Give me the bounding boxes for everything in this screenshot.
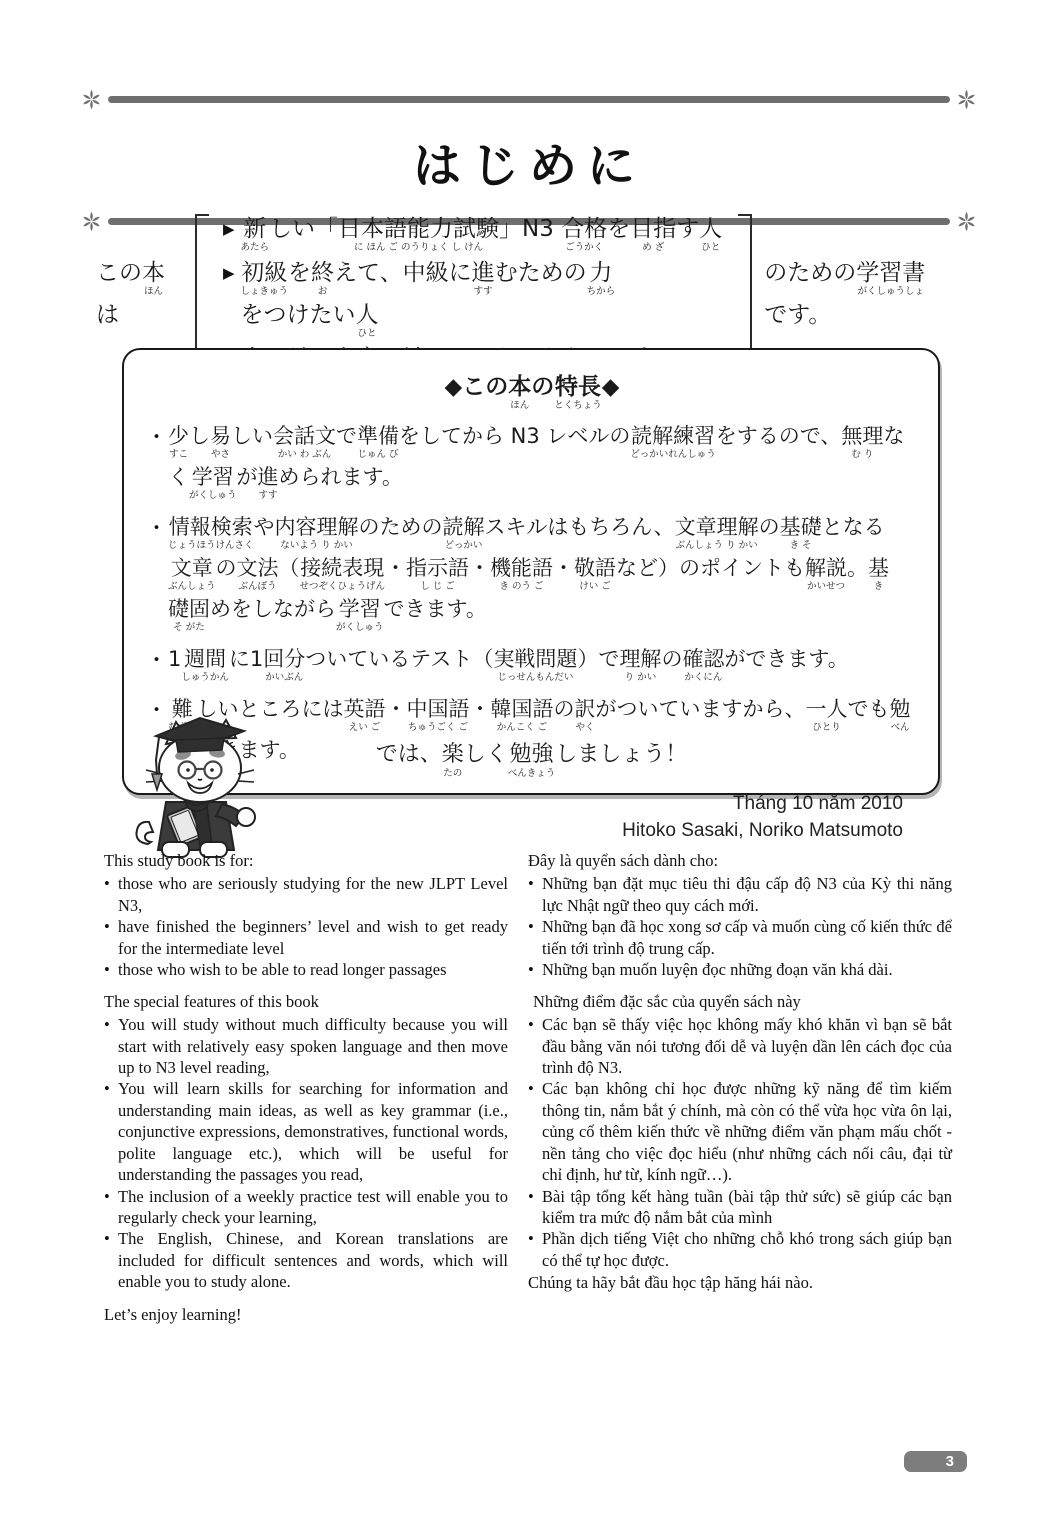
english-intro-heading: This study book is for: — [104, 850, 508, 871]
list-item: • Các bạn không chỉ học được những kỹ nă… — [528, 1078, 952, 1185]
features-title-text: ◆この本ほんの特長とくちょう◆ — [445, 374, 620, 416]
feature-bullet: ・ 情報検索じょうほうけんさくや内容理解ないよう り かいのための読解どっかいス… — [146, 515, 918, 638]
feature-bullet-text: 少すこし易やさしい会話文かい わ ぶんで準備じゅん びをしてから N3 レベルの… — [168, 424, 904, 506]
english-features-heading: The special features of this book — [104, 991, 508, 1012]
middle-dot-marker: ・ — [146, 515, 168, 541]
bullet-dot: • — [104, 1078, 118, 1185]
triangle-marker-icon: ▶ — [223, 216, 241, 242]
header-rule — [108, 96, 950, 103]
bullet-dot: • — [528, 1186, 542, 1229]
flower-asterisk-icon — [80, 88, 103, 111]
translation-columns: This study book is for: • those who are … — [104, 850, 952, 1325]
list-item: • have finished the beginners’ level and… — [104, 916, 508, 959]
list-item-text: Những bạn muốn luyện đọc những đoạn văn … — [542, 959, 952, 980]
features-box-title: ◆この本ほんの特長とくちょう◆ — [146, 364, 918, 416]
list-item: • Những bạn đặt mục tiêu thi đậu cấp độ … — [528, 873, 952, 916]
list-item-text: The English, Chinese, and Korean transla… — [118, 1228, 508, 1292]
list-item-text: You will learn skills for searching for … — [118, 1078, 508, 1185]
list-item: • The English, Chinese, and Korean trans… — [104, 1228, 508, 1292]
vietnamese-column: Đây là quyển sách dành cho: • Những bạn … — [528, 850, 952, 1325]
intro-suffix: のための学習書がくしゅうしょです。 — [764, 260, 980, 344]
header-ornament-line-top — [80, 88, 978, 111]
list-item: • those who wish to be able to read long… — [104, 959, 508, 980]
vietnamese-intro-bullets: • Những bạn đặt mục tiêu thi đậu cấp độ … — [528, 873, 952, 980]
target-reader-item: ▶ 初級しょきゅうを終おえて、中級に進すすむための力ちからをつけたい人ひと — [223, 260, 724, 344]
target-reader-text: 初級しょきゅうを終おえて、中級に進すすむための力ちからをつけたい人ひと — [241, 260, 725, 344]
english-features-bullets: • You will study without much difficulty… — [104, 1014, 508, 1293]
target-reader-item: ▶ 新あたらしい「日本語能力試験」に ほん ご のうりょく し けんN3 合格ご… — [223, 216, 724, 258]
feature-bullet-text: 情報検索じょうほうけんさくや内容理解ないよう り かいのための読解どっかいスキル… — [168, 515, 889, 638]
authors: Hitoko Sasaki, Noriko Matsumoto — [622, 817, 903, 844]
middle-dot-marker: ・ — [146, 647, 168, 673]
bullet-dot: • — [528, 1078, 542, 1185]
publication-date: Tháng 10 năm 2010 — [622, 790, 903, 817]
english-column: This study book is for: • those who are … — [104, 850, 508, 1325]
bullet-dot: • — [104, 1228, 118, 1292]
bullet-dot: • — [104, 959, 118, 980]
page-number-badge: 3 — [904, 1451, 967, 1472]
bullet-dot: • — [528, 873, 542, 916]
list-item: • Phần dịch tiếng Việt cho những chỗ khó… — [528, 1228, 952, 1271]
bullet-dot: • — [528, 1014, 542, 1078]
bullet-dot: • — [528, 916, 542, 959]
list-item: • Những bạn muốn luyện đọc những đoạn vă… — [528, 959, 952, 980]
list-item-text: Những bạn đã học xong sơ cấp và muốn cùn… — [542, 916, 952, 959]
bullet-dot: • — [528, 959, 542, 980]
closing-text: では、楽たのしく勉強べんきょうしましょう！ — [376, 742, 688, 784]
feature-bullet: ・ 1週間しゅうかんに1回分かいぶんついているテスト（実戦問題じっせんもんだい）… — [146, 647, 918, 688]
middle-dot-marker: ・ — [146, 424, 168, 450]
list-item: • Những bạn đã học xong sơ cấp và muốn c… — [528, 916, 952, 959]
english-closing: Let’s enjoy learning! — [104, 1304, 508, 1325]
list-item-text: those who wish to be able to read longer… — [118, 959, 508, 980]
list-item-text: You will study without much difficulty b… — [118, 1014, 508, 1078]
vietnamese-features-bullets: • Các bạn sẽ thấy việc học không mấy khó… — [528, 1014, 952, 1271]
triangle-marker-icon: ▶ — [223, 260, 241, 286]
bullet-dot: • — [528, 1228, 542, 1271]
bullet-dot: • — [104, 916, 118, 959]
list-item-text: Các bạn không chỉ học được những kỹ năng… — [542, 1078, 952, 1185]
list-item-text: Phần dịch tiếng Việt cho những chỗ khó t… — [542, 1228, 952, 1271]
vietnamese-features-heading: Những điểm đặc sắc của quyển sách này — [528, 991, 952, 1012]
list-item-text: those who are seriously studying for the… — [118, 873, 508, 916]
list-item-text: The inclusion of a weekly practice test … — [118, 1186, 508, 1229]
page-title: はじめに — [80, 111, 978, 210]
list-item: • The inclusion of a weekly practice tes… — [104, 1186, 508, 1229]
list-item-text: Bài tập tổng kết hàng tuần (bài tập thử … — [542, 1186, 952, 1229]
vietnamese-closing: Chúng ta hãy bắt đầu học tập hăng hái nà… — [528, 1272, 952, 1293]
bullet-dot: • — [104, 873, 118, 916]
bullet-dot: • — [104, 1014, 118, 1078]
list-item: • You will learn skills for searching fo… — [104, 1078, 508, 1185]
feature-bullet-text: 1週間しゅうかんに1回分かいぶんついているテスト（実戦問題じっせんもんだい）で理… — [168, 647, 849, 688]
list-item-text: have finished the beginners’ level and w… — [118, 916, 508, 959]
intro-prefix: この本ほんは — [96, 260, 183, 344]
colophon: Tháng 10 năm 2010 Hitoko Sasaki, Noriko … — [622, 790, 903, 844]
closing-line: では、楽たのしく勉強べんきょうしましょう！ — [0, 732, 1063, 784]
list-item: • Các bạn sẽ thấy việc học không mấy khó… — [528, 1014, 952, 1078]
flower-asterisk-icon — [955, 88, 978, 111]
list-item-text: Các bạn sẽ thấy việc học không mấy khó k… — [542, 1014, 952, 1078]
list-item: • Bài tập tổng kết hàng tuần (bài tập th… — [528, 1186, 952, 1229]
page-number: 3 — [946, 1453, 954, 1470]
list-item: • You will study without much difficulty… — [104, 1014, 508, 1078]
english-intro-bullets: • those who are seriously studying for t… — [104, 873, 508, 980]
bullet-dot: • — [104, 1186, 118, 1229]
list-item-text: Những bạn đặt mục tiêu thi đậu cấp độ N3… — [542, 873, 952, 916]
vietnamese-intro-heading: Đây là quyển sách dành cho: — [528, 850, 952, 871]
target-reader-text: 新あたらしい「日本語能力試験」に ほん ご のうりょく し けんN3 合格ごうか… — [241, 216, 723, 258]
feature-bullet: ・ 少すこし易やさしい会話文かい わ ぶんで準備じゅん びをしてから N3 レベ… — [146, 424, 918, 506]
list-item: • those who are seriously studying for t… — [104, 873, 508, 916]
